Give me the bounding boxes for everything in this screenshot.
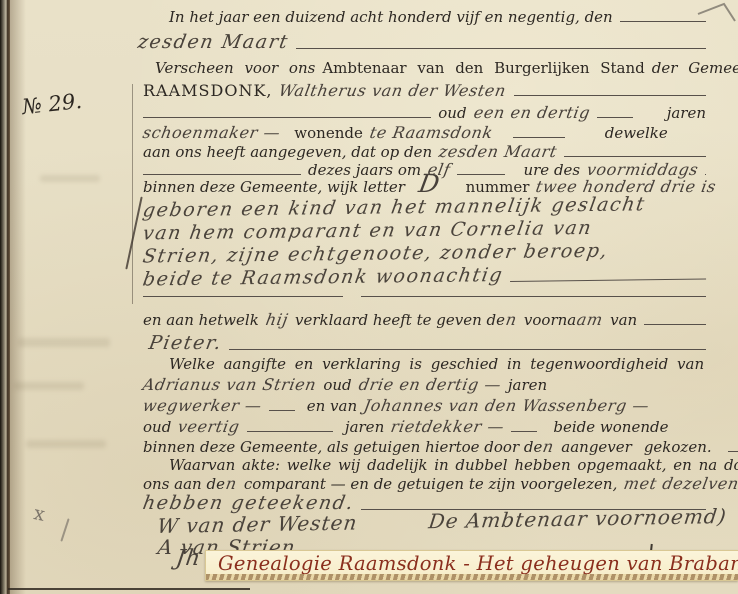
handwritten-witness2-age: veertig: [177, 417, 242, 436]
pen-flourish-stroke: [125, 197, 142, 270]
signature-official: W van der Westen: [156, 510, 359, 537]
printed-text: en aan hetwelk: [143, 311, 259, 329]
printed-text: In het jaar een duizend acht honderd vij…: [169, 8, 613, 26]
printed-text: der Gemeente: [652, 59, 738, 77]
line-gemeente-naam: RAAMSDONK, Waltherus van der Westen: [143, 81, 706, 100]
handwritten-text: n: [504, 310, 518, 329]
binding-shadow: [10, 0, 26, 594]
printed-text: ons aan de: [143, 475, 225, 493]
handwritten-witness1-name: Adrianus van Strien: [141, 375, 318, 394]
printed-text: en van: [307, 397, 357, 415]
watermark-border-pattern: [206, 574, 738, 580]
printed-text: oud: [438, 104, 466, 122]
fill-line: [510, 277, 706, 282]
handwritten-witness1-occupation: wegwerker —: [141, 396, 263, 415]
signature-official-title: De Ambtenaar voornoemd): [427, 504, 728, 533]
fill-line: [457, 172, 505, 175]
line-getuigen-intro: Welke aangifte en verklaring is geschied…: [143, 355, 706, 373]
line-aangegeven: aan ons heeft aangegeven, dat op den zes…: [143, 142, 706, 161]
fill-line: [361, 294, 706, 297]
printed-text: aangever: [561, 438, 632, 456]
line-waarvan-akte: Waarvan akte: welke wij dadelijk in dubb…: [143, 456, 706, 474]
margin-rule-line: [132, 84, 133, 304]
bleedthrough-smudge: [18, 338, 110, 347]
printed-text: jaren: [508, 376, 547, 394]
handwritten-age: een en dertig: [472, 103, 591, 122]
handwritten-witness1-age: drie en dertig —: [357, 375, 503, 394]
printed-text: Ambtenaar van den Burgerlijken Stand: [322, 59, 644, 77]
line-age: oud een en dertig jaren: [143, 103, 706, 122]
printed-text: jaren: [667, 104, 706, 122]
handwritten-text: hij: [264, 310, 290, 329]
printed-text: Verscheen voor ons: [155, 59, 315, 77]
printed-text: oud: [323, 376, 351, 394]
book-binding-edge: [0, 0, 10, 594]
handwritten-date: zesden Maart: [136, 31, 291, 53]
handwritten-text: n: [542, 437, 556, 456]
handwritten-witness2-name: Johannes van den Wassenberg —: [362, 396, 651, 415]
fill-line: [296, 46, 706, 49]
fill-line: [269, 408, 295, 411]
fill-line: [564, 154, 706, 157]
line-year: In het jaar een duizend acht honderd vij…: [143, 8, 706, 26]
printed-text: wonende: [294, 124, 363, 142]
fill-line: [511, 429, 537, 432]
printed-text: dewelke: [605, 124, 668, 142]
handwritten-occupation: schoenmaker —: [141, 123, 282, 142]
printed-text: nummer: [466, 178, 530, 196]
handwritten-residence: te Raamsdonk: [368, 123, 494, 142]
printed-text: gekozen.: [644, 438, 712, 456]
pencil-x-mark: x: [32, 502, 47, 526]
printed-text: van: [610, 311, 637, 329]
handwritten-text: n: [224, 474, 238, 493]
fill-line: [143, 115, 431, 118]
fill-line: [229, 347, 706, 350]
act-number: № 29.: [21, 89, 83, 119]
handwritten-text: beide te Raamsdonk woonachtig: [141, 264, 505, 290]
printed-text: verklaard heeft te geven de: [295, 311, 505, 329]
line-witness2-age: oud veertig jaren rietdekker — beide won…: [143, 417, 706, 436]
printed-text: jaren: [345, 418, 384, 436]
fill-line: [620, 19, 706, 22]
line-beroep-woonplaats: schoenmaker — wonende te Raamsdonk dewel…: [143, 123, 706, 142]
fill-line: [143, 172, 301, 175]
handwritten-child-name: Pieter.: [147, 332, 224, 354]
printed-municipality: RAAMSDONK,: [143, 81, 272, 100]
printed-text: Welke aangifte en verklaring is geschied…: [169, 355, 704, 373]
printed-text: oud: [143, 418, 171, 436]
fill-line: [597, 115, 633, 118]
separator-rule: [143, 294, 706, 301]
printed-text: beide wonende: [553, 418, 668, 436]
fill-line: [728, 449, 738, 452]
pencil-stroke: [60, 518, 69, 541]
page-bottom-edge: [8, 588, 250, 590]
handwritten-text: am: [576, 310, 605, 329]
line-verscheen: Verscheen voor ons Ambtenaar van den Bur…: [143, 59, 706, 77]
bleedthrough-smudge: [40, 175, 100, 182]
line-voornaam-intro: en aan hetwelk hij verklaard heeft te ge…: [143, 310, 706, 329]
signature-witness2-partial: Jh: [174, 546, 203, 571]
watermark-text: Genealogie Raamsdonk - Het geheugen van …: [218, 552, 738, 575]
printed-text: binnen deze Gemeente, als getuigen hiert…: [143, 438, 542, 456]
fill-line: [247, 429, 333, 432]
printed-text: binnen deze Gemeente, wijk letter: [143, 178, 405, 196]
line-witness1: Adrianus van Strien oud drie en dertig —…: [143, 375, 706, 394]
bleedthrough-smudge: [14, 382, 84, 390]
fill-line: [143, 294, 343, 297]
line-child-name: Pieter.: [143, 332, 706, 354]
handwritten-official-name: Waltherus van der Westen: [278, 81, 508, 100]
handwritten-date: zesden Maart: [437, 142, 558, 161]
printed-text: voorna: [524, 311, 576, 329]
printed-text: comparant — en de getuigen te zijn voorg…: [244, 475, 617, 493]
line-gekozen: binnen deze Gemeente, als getuigen hiert…: [143, 437, 706, 456]
printed-text: aan ons heeft aangegeven, dat op den: [143, 143, 432, 161]
fill-line: [514, 93, 707, 96]
line-date-hand: zesden Maart: [138, 31, 706, 53]
handwritten-witness2-occupation: rietdekker —: [390, 417, 507, 436]
birth-record-scan: № 29. x In het jaar een duizend acht hon…: [0, 0, 738, 594]
fill-line: [705, 172, 706, 175]
watermark-banner: Genealogie Raamsdonk - Het geheugen van …: [205, 550, 738, 581]
line-voorgelezen: ons aan de n comparant — en de getuigen …: [143, 474, 706, 493]
handwritten-text: met dezelven: [623, 474, 738, 493]
printed-text: Waarvan akte: welke wij dadelijk in dubb…: [169, 456, 738, 474]
bleedthrough-smudge: [26, 440, 106, 448]
fill-line: [644, 322, 706, 325]
fill-line: [513, 135, 565, 138]
line-witness2: wegwerker — en van Johannes van den Wass…: [143, 396, 706, 415]
